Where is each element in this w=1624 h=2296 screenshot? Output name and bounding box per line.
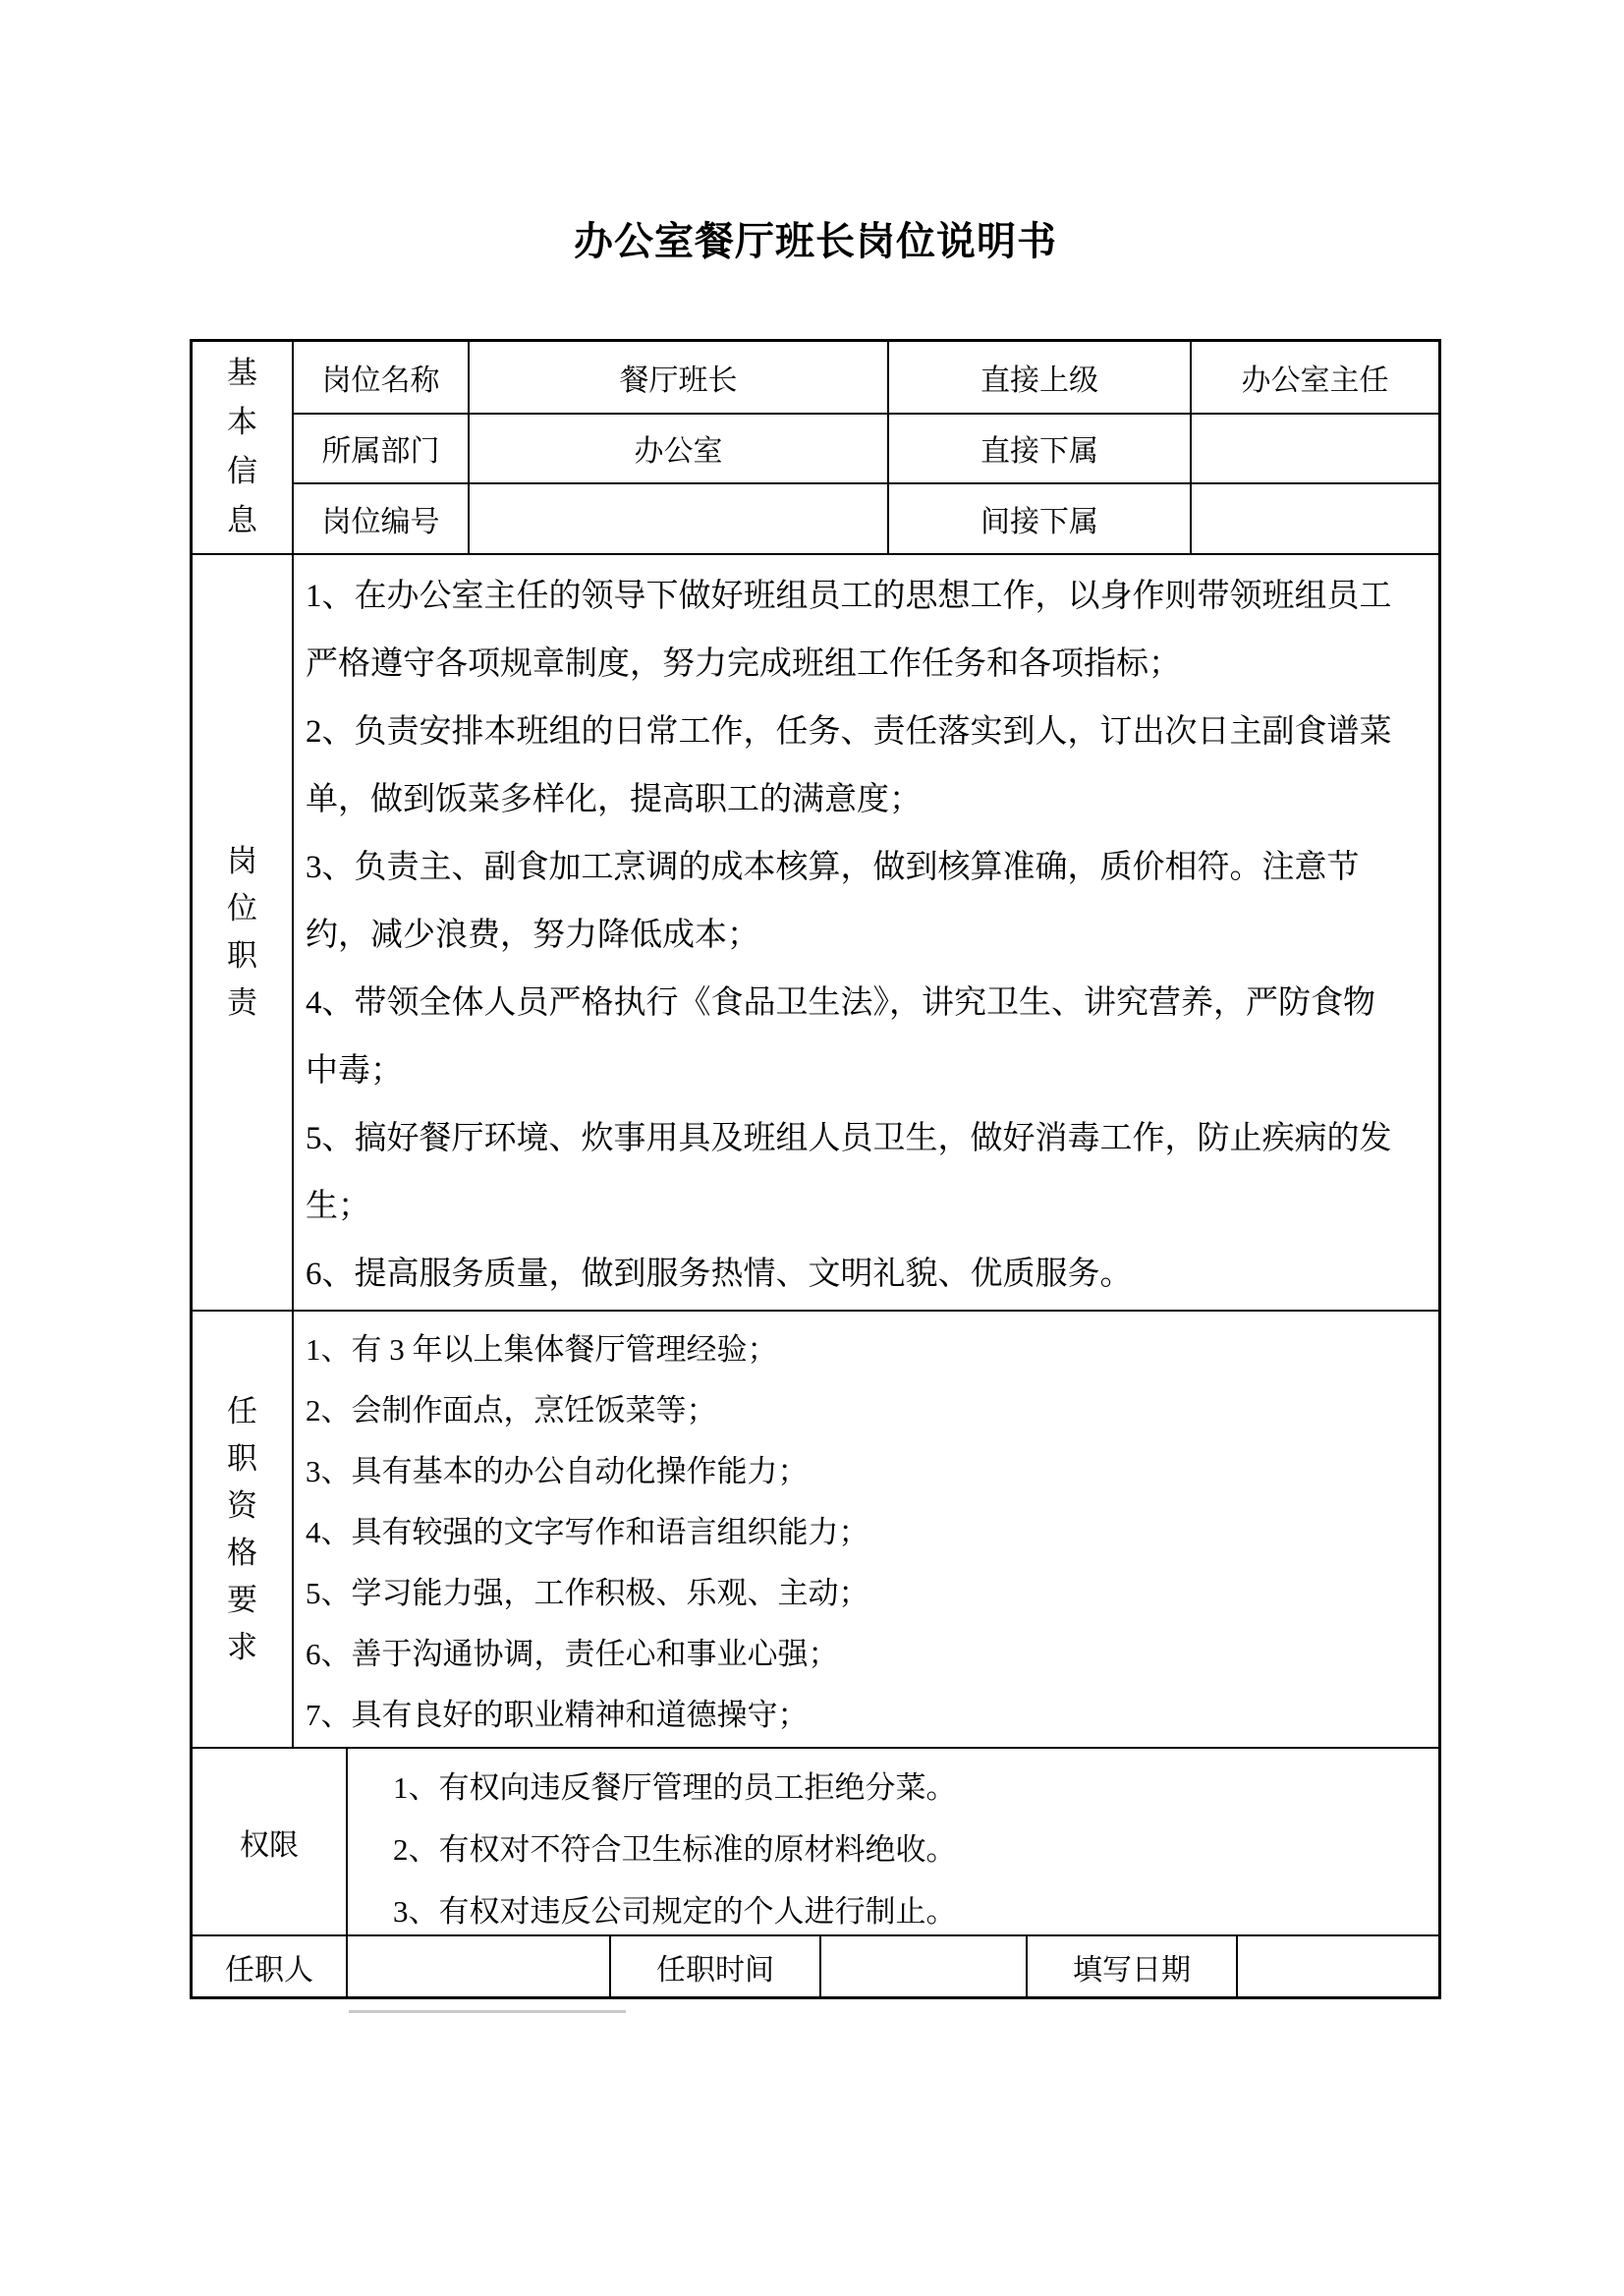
- basic-info-section-label: 基本信息: [225, 349, 260, 545]
- qualification-item: 3、具有基本的办公自动化操作能力；: [306, 1441, 1405, 1502]
- authority-content: 1、有权向违反餐厅管理的员工拒绝分菜。 2、有权对不符合卫生标准的原材料绝收。 …: [346, 1749, 1438, 1934]
- scan-artifact-line: [349, 2010, 626, 2013]
- holder-label: 任职人: [193, 1936, 346, 1996]
- tenure-time-label: 任职时间: [609, 1936, 819, 1996]
- page-title: 办公室餐厅班长岗位说明书: [190, 218, 1441, 265]
- indirect-subordinate-label: 间接下属: [887, 482, 1190, 553]
- duty-item: 4、带领全体人员严格执行《食品卫生法》，讲究卫生、讲究营养，严防食物中毒；: [306, 970, 1405, 1105]
- qualifications-section: 任职资格要求 1、有 3 年以上集体餐厅管理经验； 2、会制作面点，烹饪饭菜等；…: [193, 1310, 1438, 1747]
- basic-info-section-label-cell: 基本信息: [193, 342, 292, 553]
- document-page: 办公室餐厅班长岗位说明书 基本信息 岗位名称 餐厅班长 直接上级 办公室主任 所…: [0, 0, 1624, 2296]
- duties-section: 岗位职责 1、在办公室主任的领导下做好班组员工的思想工作，以身作则带领班组员工严…: [193, 553, 1438, 1310]
- qualification-item: 5、学习能力强，工作积极、乐观、主动；: [306, 1563, 1405, 1624]
- duty-item: 5、搞好餐厅环境、炊事用具及班组人员卫生，做好消毒工作，防止疾病的发生；: [306, 1105, 1405, 1241]
- qualifications-content: 1、有 3 年以上集体餐厅管理经验； 2、会制作面点，烹饪饭菜等； 3、具有基本…: [292, 1312, 1438, 1747]
- qualification-item: 2、会制作面点，烹饪饭菜等；: [306, 1380, 1405, 1441]
- authority-section-label: 权限: [193, 1749, 346, 1934]
- position-code-value: [468, 482, 887, 553]
- qualifications-section-label-cell: 任职资格要求: [193, 1312, 292, 1747]
- department-label: 所属部门: [292, 413, 468, 483]
- position-name-value: 餐厅班长: [468, 342, 887, 413]
- duty-item: 2、负责安排本班组的日常工作，任务、责任落实到人，订出次日主副食谱菜单，做到饭菜…: [306, 699, 1405, 834]
- fill-date-value: [1236, 1936, 1438, 1996]
- direct-subordinate-value: [1190, 413, 1438, 483]
- direct-subordinate-label: 直接下属: [887, 413, 1190, 483]
- direct-superior-label: 直接上级: [887, 342, 1190, 413]
- position-code-label: 岗位编号: [292, 482, 468, 553]
- footer-row: 任职人 任职时间 填写日期: [193, 1934, 1438, 1996]
- qualification-item: 6、善于沟通协调，责任心和事业心强；: [306, 1624, 1405, 1685]
- duty-item: 6、提高服务质量，做到服务热情、文明礼貌、优质服务。: [306, 1241, 1405, 1309]
- direct-superior-value: 办公室主任: [1190, 342, 1438, 413]
- basic-info-section: 基本信息 岗位名称 餐厅班长 直接上级 办公室主任 所属部门 办公室 直接下属 …: [193, 342, 1438, 553]
- duty-item: 1、在办公室主任的领导下做好班组员工的思想工作，以身作则带领班组员工严格遵守各项…: [306, 563, 1405, 699]
- qualification-item: 7、具有良好的职业精神和道德操守；: [306, 1685, 1405, 1746]
- authority-item: 2、有权对不符合卫生标准的原材料绝收。: [393, 1819, 1405, 1880]
- holder-value: [346, 1936, 609, 1996]
- authority-section: 权限 1、有权向违反餐厅管理的员工拒绝分菜。 2、有权对不符合卫生标准的原材料绝…: [193, 1747, 1438, 1934]
- qualification-item: 1、有 3 年以上集体餐厅管理经验；: [306, 1319, 1405, 1380]
- qualification-item: 4、具有较强的文字写作和语言组织能力；: [306, 1502, 1405, 1563]
- duties-section-label-cell: 岗位职责: [193, 555, 292, 1310]
- duty-item: 3、负责主、副食加工烹调的成本核算，做到核算准确，质价相符。注意节约，减少浪费，…: [306, 834, 1405, 970]
- authority-item: 3、有权对违反公司规定的个人进行制止。: [393, 1880, 1405, 1934]
- qualifications-section-label: 任职资格要求: [225, 1388, 260, 1671]
- indirect-subordinate-value: [1190, 482, 1438, 553]
- authority-item: 1、有权向违反餐厅管理的员工拒绝分菜。: [393, 1757, 1405, 1819]
- position-name-label: 岗位名称: [292, 342, 468, 413]
- department-value: 办公室: [468, 413, 887, 483]
- duties-section-label: 岗位职责: [225, 838, 260, 1027]
- tenure-time-value: [819, 1936, 1026, 1996]
- fill-date-label: 填写日期: [1026, 1936, 1236, 1996]
- job-description-table: 基本信息 岗位名称 餐厅班长 直接上级 办公室主任 所属部门 办公室 直接下属 …: [190, 339, 1441, 1999]
- duties-content: 1、在办公室主任的领导下做好班组员工的思想工作，以身作则带领班组员工严格遵守各项…: [292, 555, 1438, 1310]
